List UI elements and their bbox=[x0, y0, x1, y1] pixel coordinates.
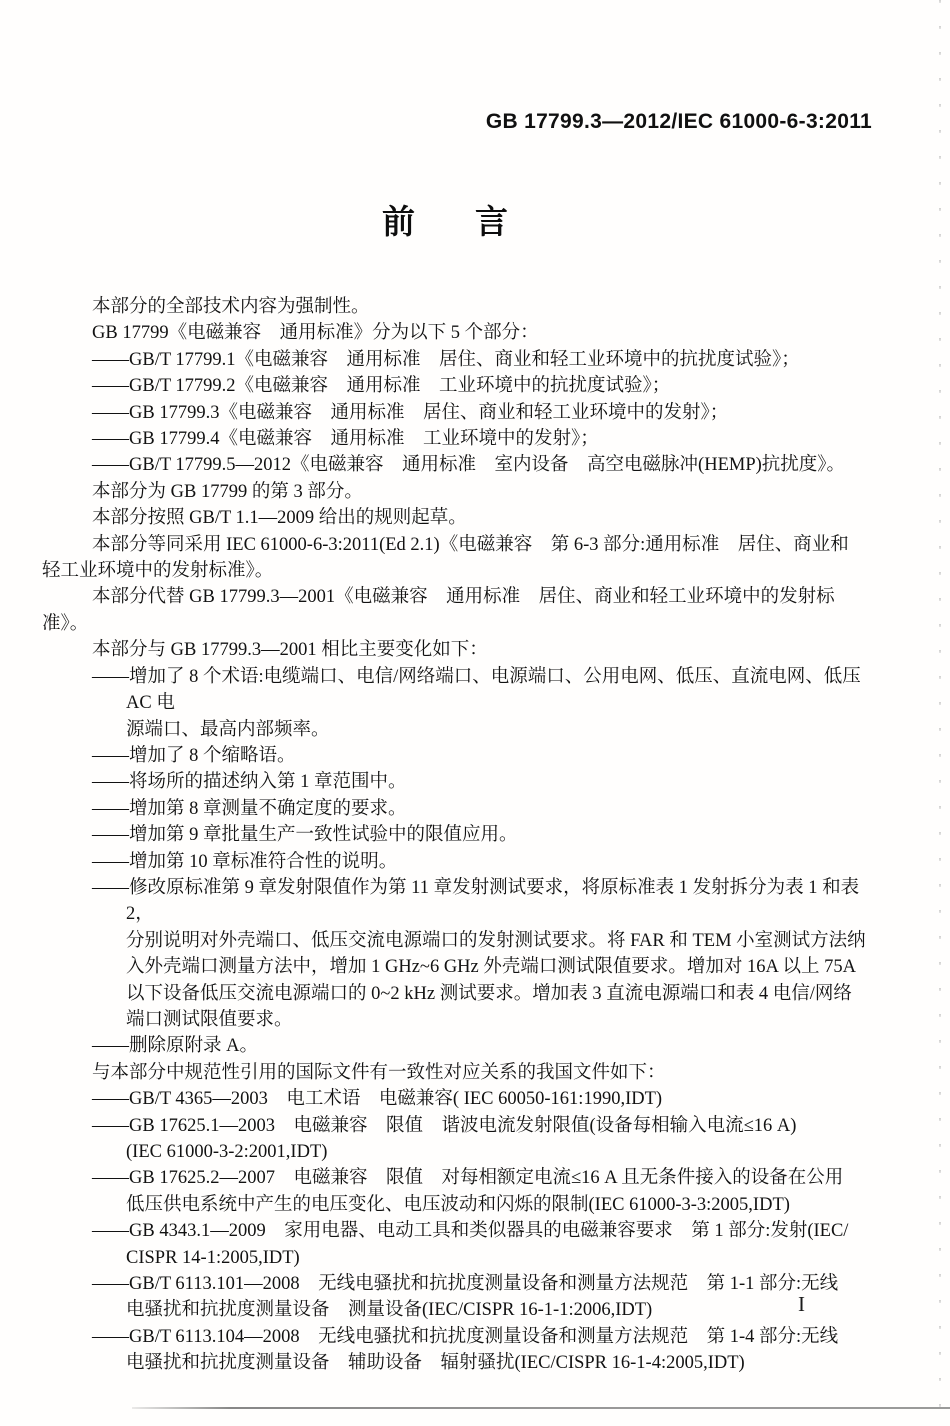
text-line: ——GB/T 17799.5—2012《电磁兼容 通用标准 室内设备 高空电磁脉… bbox=[42, 452, 872, 478]
scanned-document-page: GB 17799.3—2012/IEC 61000-6-3:2011 前言 本部… bbox=[0, 0, 950, 1426]
text-line: CISPR 14-1:2005,IDT) bbox=[42, 1245, 872, 1271]
foreword-body: 本部分的全部技术内容为强制性。GB 17799《电磁兼容 通用标准》分为以下 5… bbox=[0, 294, 950, 1377]
text-line: ——GB 4343.1—2009 家用电器、电动工具和类似器具的电磁兼容要求 第… bbox=[42, 1218, 872, 1244]
text-line: ——增加第 10 章标准符合性的说明。 bbox=[42, 849, 872, 875]
text-line: ——GB/T 17799.2《电磁兼容 通用标准 工业环境中的抗扰度试验》； bbox=[42, 373, 872, 399]
text-line: 本部分按照 GB/T 1.1—2009 给出的规则起草。 bbox=[42, 505, 872, 531]
text-line: ——删除原附录 A。 bbox=[42, 1033, 872, 1059]
text-line: 分别说明对外壳端口、低压交流电源端口的发射测试要求。将 FAR 和 TEM 小室… bbox=[42, 928, 872, 954]
text-line: 电骚扰和抗扰度测量设备 测量设备(IEC/CISPR 16-1-1:2006,I… bbox=[42, 1297, 872, 1323]
title-char-qian: 前 bbox=[382, 203, 415, 240]
text-line: 源端口、最高内部频率。 bbox=[42, 717, 872, 743]
text-line: ——GB 17799.4《电磁兼容 通用标准 工业环境中的发射》； bbox=[42, 426, 872, 452]
text-line: ——GB 17799.3《电磁兼容 通用标准 居住、商业和轻工业环境中的发射》； bbox=[42, 400, 872, 426]
standard-code-header: GB 17799.3—2012/IEC 61000-6-3:2011 bbox=[0, 110, 872, 134]
text-line: ——GB/T 4365—2003 电工术语 电磁兼容( IEC 60050-16… bbox=[42, 1086, 872, 1112]
title-char-yan: 言 bbox=[475, 203, 508, 240]
text-line: ——增加第 8 章测量不确定度的要求。 bbox=[42, 796, 872, 822]
text-line: 低压供电系统中产生的电压变化、电压波动和闪烁的限制(IEC 61000-3-3:… bbox=[42, 1192, 872, 1218]
page-title: 前言 bbox=[0, 196, 890, 243]
text-line: 本部分与 GB 17799.3—2001 相比主要变化如下： bbox=[42, 637, 872, 663]
text-line: 端口测试限值要求。 bbox=[42, 1007, 872, 1033]
text-line: ——将场所的描述纳入第 1 章范围中。 bbox=[42, 769, 872, 795]
scan-perforation-dots bbox=[939, 0, 941, 1426]
text-line: 本部分为 GB 17799 的第 3 部分。 bbox=[42, 479, 872, 505]
text-line: 以下设备低压交流电源端口的 0~2 kHz 测试要求。增加表 3 直流电源端口和… bbox=[42, 981, 872, 1007]
text-line: 与本部分中规范性引用的国际文件有一致性对应关系的我国文件如下： bbox=[42, 1060, 872, 1086]
text-line: ——GB/T 6113.104—2008 无线电骚扰和抗扰度测量设备和测量方法规… bbox=[42, 1324, 872, 1350]
text-line: GB 17799《电磁兼容 通用标准》分为以下 5 个部分： bbox=[42, 320, 872, 346]
text-line: ——GB 17625.2—2007 电磁兼容 限值 对每相额定电流≤16 A 且… bbox=[42, 1165, 872, 1191]
text-line: 电骚扰和抗扰度测量设备 辅助设备 辐射骚扰(IEC/CISPR 16-1-4:2… bbox=[42, 1350, 872, 1376]
scan-bottom-edge-line bbox=[132, 1407, 950, 1409]
text-line: 入外壳端口测量方法中，增加 1 GHz~6 GHz 外壳端口测试限值要求。增加对… bbox=[42, 954, 872, 980]
text-line: ——修改原标准第 9 章发射限值作为第 11 章发射测试要求，将原标准表 1 发… bbox=[42, 875, 872, 928]
text-line: 本部分的全部技术内容为强制性。 bbox=[42, 294, 872, 320]
text-line: ——GB 17625.1—2003 电磁兼容 限值 谐波电流发射限值(设备每相输… bbox=[42, 1113, 872, 1139]
text-line: (IEC 61000-3-2:2001,IDT) bbox=[42, 1139, 872, 1165]
text-line: ——增加了 8 个术语:电缆端口、电信/网络端口、电源端口、公用电网、低压、直流… bbox=[42, 664, 872, 717]
text-line: 本部分代替 GB 17799.3—2001《电磁兼容 通用标准 居住、商业和轻工… bbox=[42, 584, 872, 637]
text-line: ——GB/T 6113.101—2008 无线电骚扰和抗扰度测量设备和测量方法规… bbox=[42, 1271, 872, 1297]
text-line: 本部分等同采用 IEC 61000-6-3:2011(Ed 2.1)《电磁兼容 … bbox=[42, 532, 872, 558]
page-number: I bbox=[798, 1292, 805, 1317]
text-line: ——增加了 8 个缩略语。 bbox=[42, 743, 872, 769]
text-line: 轻工业环境中的发射标准》。 bbox=[42, 558, 872, 584]
text-line: ——增加第 9 章批量生产一致性试验中的限值应用。 bbox=[42, 822, 872, 848]
text-line: ——GB/T 17799.1《电磁兼容 通用标准 居住、商业和轻工业环境中的抗扰… bbox=[42, 347, 872, 373]
